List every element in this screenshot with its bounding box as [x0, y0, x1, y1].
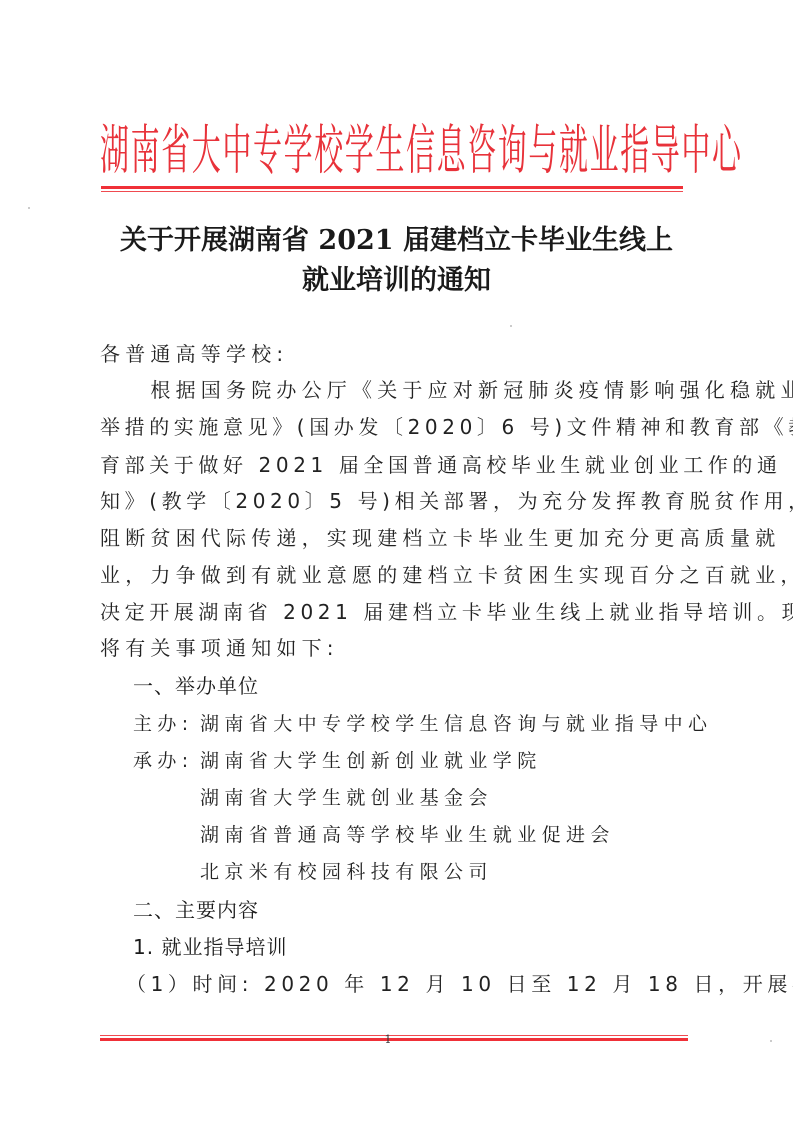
co-host-org: 北京米有校园科技有限公司	[200, 858, 493, 886]
paragraph-line: 举措的实施意见》(国办发〔2020〕6 号)文件精神和教育部《教	[100, 413, 695, 441]
paragraph-line: 决定开展湖南省 2021 届建档立卡毕业生线上就业指导培训。现	[100, 598, 695, 626]
sub-heading-career-training: 1. 就业指导培训	[133, 933, 287, 961]
section-heading-organizers: 一、举办单位	[133, 672, 259, 700]
paragraph-line: 将有关事项通知如下:	[100, 634, 695, 662]
training-time-line: （1）时间: 2020 年 12 月 10 日至 12 月 18 日，开展在线培	[126, 970, 721, 998]
host-org: 湖南省大中专学校学生信息咨询与就业指导中心	[200, 710, 712, 738]
salutation: 各普通高等学校:	[100, 340, 695, 368]
co-host-org: 湖南省普通高等学校毕业生就业促进会	[200, 821, 615, 849]
document-title-line-1: 关于开展湖南省 2021 届建档立卡毕业生线上	[90, 218, 703, 257]
footer-red-rule	[100, 1035, 688, 1041]
letterhead-org-name: 湖南省大中专学校学生信息咨询与就业指导中心	[100, 118, 685, 182]
scan-speck	[510, 325, 512, 327]
document-title-line-2: 就业培训的通知	[90, 258, 703, 297]
paragraph-line: 育部关于做好 2021 届全国普通高校毕业生就业创业工作的通	[100, 451, 695, 479]
co-host-org: 湖南省大学生就创业基金会	[200, 784, 493, 812]
document-page: 湖南省大中专学校学生信息咨询与就业指导中心 关于开展湖南省 2021 届建档立卡…	[0, 0, 793, 1122]
co-host-label: 承办:	[133, 747, 194, 775]
paragraph-line: 阻断贫困代际传递，实现建档立卡毕业生更加充分更高质量就	[100, 524, 695, 552]
scan-speck	[28, 207, 30, 209]
co-host-org: 湖南省大学生创新创业就业学院	[200, 747, 542, 775]
host-label: 主办:	[133, 710, 194, 738]
page-number: 1	[383, 1033, 393, 1046]
section-heading-main-content: 二、主要内容	[133, 896, 259, 924]
paragraph-line: 知》(教学〔2020〕5 号)相关部署，为充分发挥教育脱贫作用，	[100, 487, 695, 515]
letterhead-red-rule	[101, 186, 683, 192]
scan-speck	[770, 1040, 772, 1042]
paragraph-line: 根据国务院办公厅《关于应对新冠肺炎疫情影响强化稳就业	[100, 376, 695, 404]
paragraph-line: 业，力争做到有就业意愿的建档立卡贫困生实现百分之百就业，	[100, 561, 695, 589]
